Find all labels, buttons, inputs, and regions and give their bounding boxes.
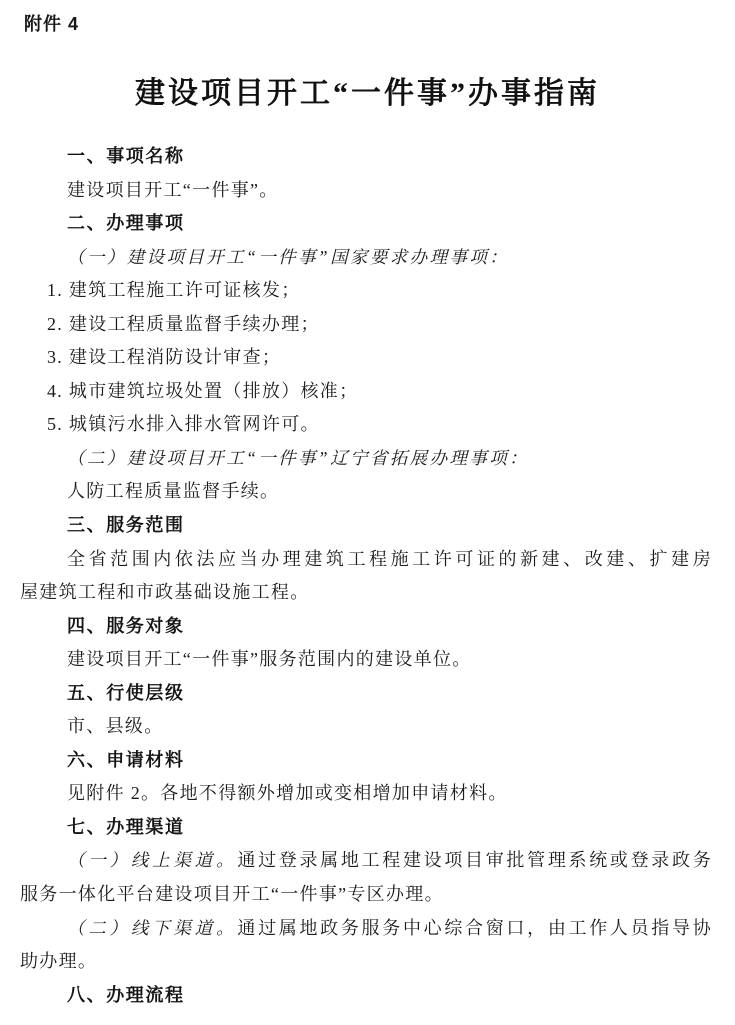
list-item-1: 1. 建筑工程施工许可证核发； <box>20 274 712 308</box>
paragraph-item-name: 建设项目开工“一件事”。 <box>20 174 712 208</box>
subsection-label-liaoning-items: （二）建设项目开工“一件事”辽宁省拓展办理事项： <box>20 442 712 476</box>
paragraph-service-scope-line2: 屋建筑工程和市政基础设施工程。 <box>20 576 712 610</box>
section-heading-service-scope: 三、服务范围 <box>20 509 712 543</box>
list-item-5: 5. 城镇污水排入排水管网许可。 <box>20 408 712 442</box>
subsection-label-online-channel: （一）线上渠道。 <box>67 850 237 870</box>
list-item-2: 2. 建设工程质量监督手续办理； <box>20 308 712 342</box>
section-heading-exercise-level: 五、行使层级 <box>20 677 712 711</box>
section-heading-handling-process: 八、办理流程 <box>20 979 712 1013</box>
paragraph-service-scope-line1: 全省范围内依法应当办理建筑工程施工许可证的新建、改建、扩建房 <box>20 543 712 577</box>
attachment-number-label: 附件 4 <box>24 10 79 36</box>
paragraph-online-channel-line1: （一）线上渠道。通过登录属地工程建设项目审批管理系统或登录政务 <box>20 844 712 878</box>
paragraph-offline-channel-line2: 助办理。 <box>20 945 712 979</box>
document-body: 一、事项名称 建设项目开工“一件事”。 二、办理事项 （一）建设项目开工“一件事… <box>20 140 712 1012</box>
section-heading-item-name: 一、事项名称 <box>20 140 712 174</box>
paragraph-offline-channel-text: 通过属地政务服务中心综合窗口，由工作人员指导协 <box>237 918 712 938</box>
section-heading-service-target: 四、服务对象 <box>20 610 712 644</box>
paragraph-offline-channel-line1: （二）线下渠道。通过属地政务服务中心综合窗口，由工作人员指导协 <box>20 912 712 946</box>
paragraph-application-materials: 见附件 2。各地不得额外增加或变相增加申请材料。 <box>20 777 712 811</box>
document-page: 附件 4 建设项目开工“一件事”办事指南 一、事项名称 建设项目开工“一件事”。… <box>0 0 735 1025</box>
subsection-label-offline-channel: （二）线下渠道。 <box>67 918 237 938</box>
document-title: 建设项目开工“一件事”办事指南 <box>0 72 735 116</box>
paragraph-online-channel-line2: 服务一体化平台建设项目开工“一件事”专区办理。 <box>20 878 712 912</box>
subsection-label-national-items: （一）建设项目开工“一件事”国家要求办理事项： <box>20 241 712 275</box>
list-item-3: 3. 建设工程消防设计审查； <box>20 341 712 375</box>
paragraph-civil-defense: 人防工程质量监督手续。 <box>20 475 712 509</box>
paragraph-service-target: 建设项目开工“一件事”服务范围内的建设单位。 <box>20 643 712 677</box>
section-heading-handling-items: 二、办理事项 <box>20 207 712 241</box>
paragraph-exercise-level: 市、县级。 <box>20 710 712 744</box>
paragraph-online-channel-text: 通过登录属地工程建设项目审批管理系统或登录政务 <box>237 850 712 870</box>
section-heading-application-materials: 六、申请材料 <box>20 744 712 778</box>
list-item-4: 4. 城市建筑垃圾处置（排放）核准； <box>20 375 712 409</box>
section-heading-handling-channels: 七、办理渠道 <box>20 811 712 845</box>
